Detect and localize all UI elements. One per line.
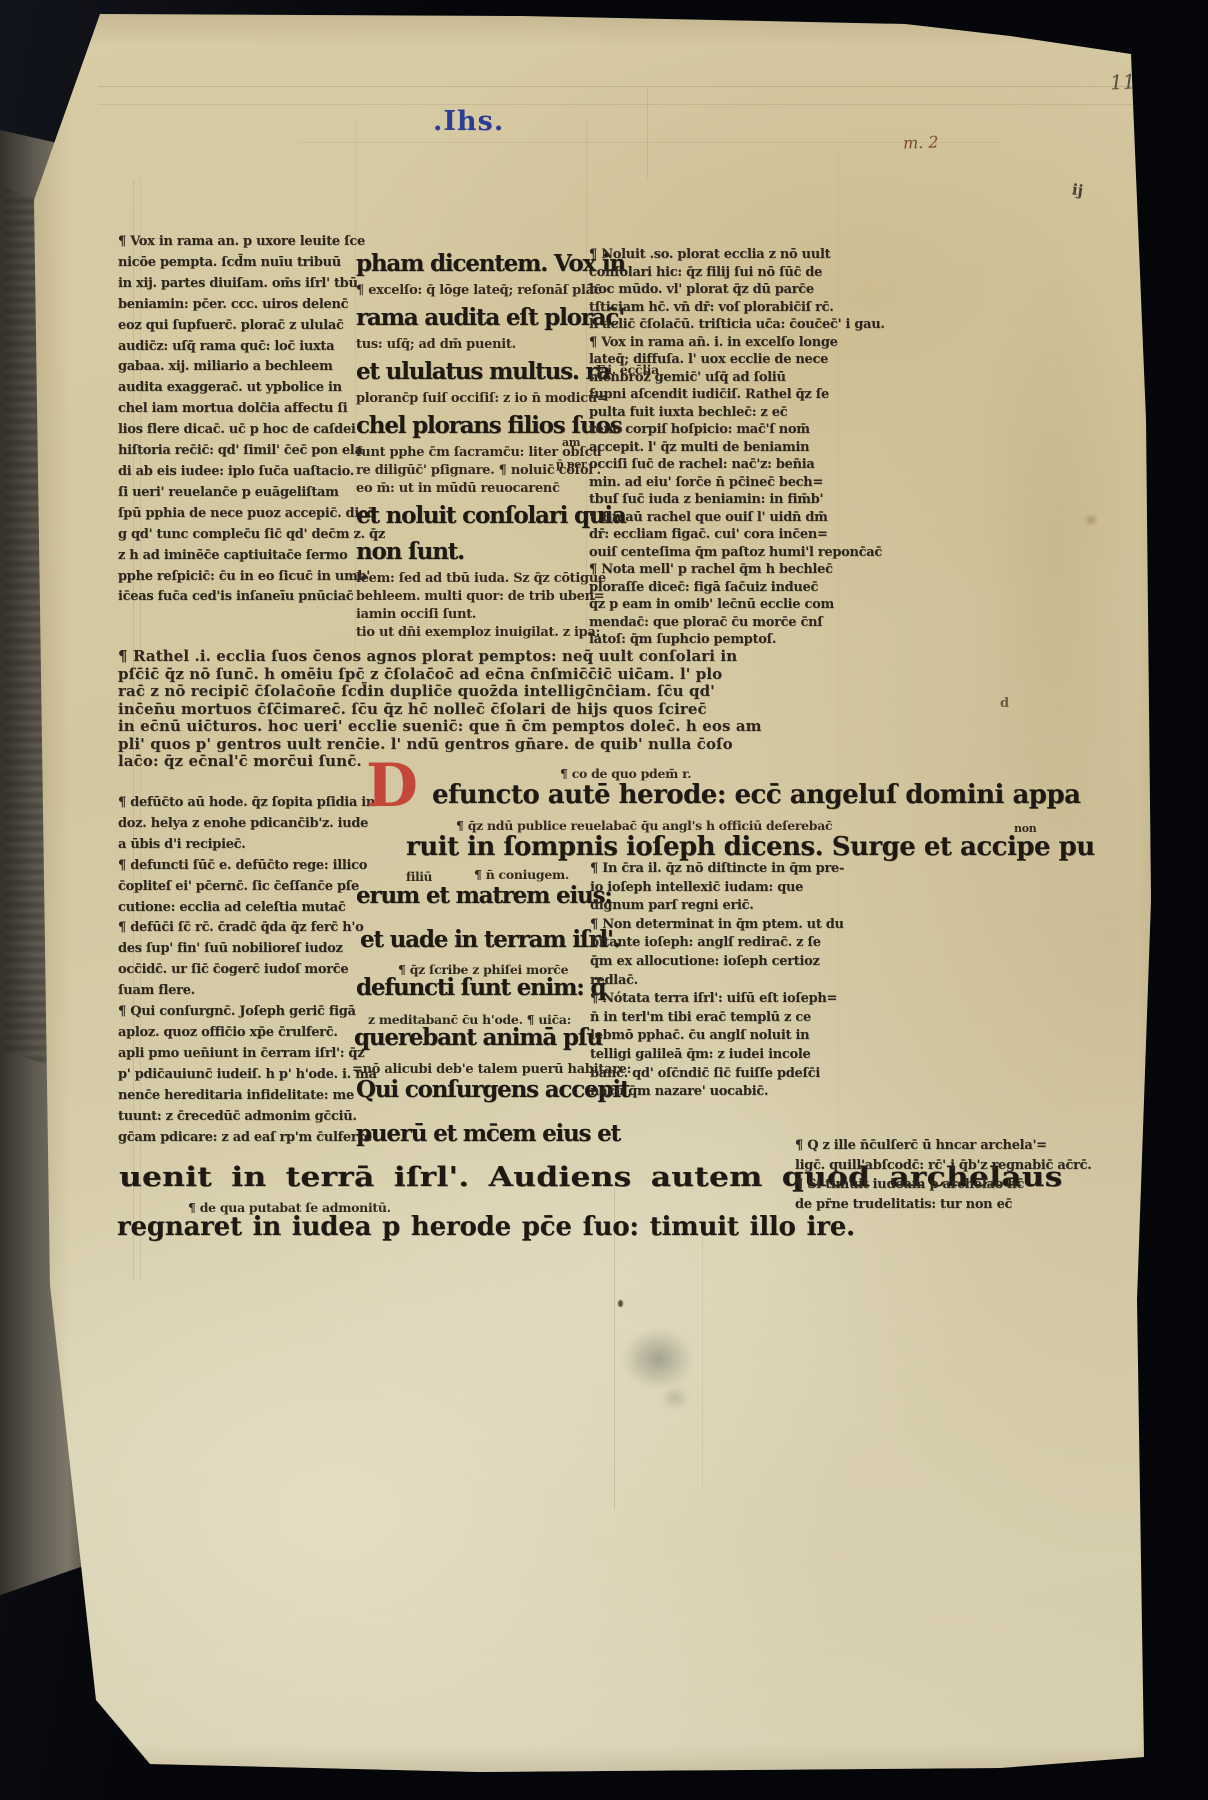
gloss-line: rac̄ z nō recipic̄ c̄ſolac̄on̄e ſcd̄in d… (118, 683, 838, 701)
ruling-line (300, 142, 1000, 143)
left-gloss-column: ¶ Vox in rama an. p uxore leuite ſcenicō… (118, 232, 370, 608)
gloss-line: doz. helya z enohe pdicanc̄ib'z. iude (118, 814, 370, 835)
gloss-line: io ioſeph intellexic̄ iudam: que (590, 879, 1090, 898)
gloss-line: inc̄en̄u mortuos c̄ſc̄imarec̄. ſc̄u q̄z … (118, 701, 838, 719)
gloss-line: a ūbis d'i recipiec̄. (118, 835, 370, 856)
gloss-line: g qd' tunc complec̄u ſic̄ qd' dec̄m z. q… (118, 525, 370, 546)
gloss-line: lac̄o: q̄z ec̄nal'c̄ morc̄ui ſunc̄. (118, 753, 838, 771)
gloss-line: ouiſ centeſima q̄m paſtoz humi'l reponc̄… (589, 544, 889, 562)
gloss-line: de pr̄ne trudelitatis: tur non ec̄ (795, 1195, 1155, 1215)
gloss-line: c̄opliteſ ei' pc̄ernc̄. ſic c̄eſſanc̄e p… (118, 877, 370, 898)
gloss-line: min. ad eiu' ſorc̄e n̄ pc̄inec̄ bech= (589, 474, 889, 492)
gloss-line: ¶ Bn̄ aū rachel que ouiſ l' uidn̄ dm̄ (589, 509, 889, 527)
gloss-line: p' pdic̄auiunc̄ iudeiſ. h p' h'ode. i. m… (118, 1065, 370, 1086)
ruling-line (98, 104, 1138, 105)
gloss-line: menbroz̄ gemic̄' uſq̄ ad ſoliū (589, 369, 889, 387)
margin-mark: d (1000, 696, 1009, 711)
lemma-line: Qui conſurgens accepit (356, 1076, 629, 1103)
gloss-line: mendac̄: que plorac̄ c̄u morc̄e c̄nſ (589, 614, 889, 632)
gloss-line: n̄ in terl'm tibi erac̄ templū z ce (590, 1009, 1090, 1028)
gloss-line: in ec̄nū uic̄turos. hoc ueri' ecclie sue… (118, 718, 838, 736)
lemma-line: et uade in terram iſrl'. (360, 926, 620, 953)
gloss-line: ſupni aſcendit iudic̄iſ. Rathel q̄z ſe (589, 386, 889, 404)
gloss-line: pphe reſpicic̄: c̄u in eo ſicuc̄ in umb' (118, 567, 370, 588)
gloss-line: nac̄ū q̄m nazare' uocabic̄. (590, 1083, 1090, 1102)
gloss-line: ic̄eas fuc̄a ced'is inſaneīu pnūciac̄ (118, 587, 370, 608)
lemma-line: regnaret in iudea p herode pc̄e ſuo: tim… (117, 1212, 855, 1242)
gloss-line: audita exaggerac̄. ut ypbolice in (118, 378, 370, 399)
lemma-line: querebant animā pſu (354, 1024, 602, 1051)
rubricated-initial-D: D (366, 760, 418, 812)
lemma-line: efuncto autē herode: ecc̄ angeluſ domini… (432, 780, 1081, 810)
inline-gloss-per: p̄ per (556, 458, 587, 471)
gloss-line: ¶ Qui conſurgnc̄. Joſeph geric̄ figā (118, 1002, 370, 1023)
right-gloss-column: ¶ Noluit .so. plorat ecclia z nō uultcon… (589, 246, 889, 649)
gloss-line: lateq̄; diffuſa. l' uox ecclie de nece (589, 351, 889, 369)
lemma-line: erum et matrem eius: (356, 882, 612, 909)
gloss-line: ¶ Non determinat in q̄m ptem. ut du (590, 916, 1090, 935)
gloss-line: apli pmo uen̄iunt in c̄erram iſrl': q̄z (118, 1044, 370, 1065)
gloss-line: dignum parſ regni eric̄. (590, 897, 1090, 916)
gloss-line: in xij. partes diuiſam. om̄s iſrl' tbū (118, 274, 370, 295)
gloss-line: ¶ Noluit .so. plorat ecclia z nō uult (589, 246, 889, 264)
gloss-line: di ab eis iudee: iplo ſuc̄a uaſtacio. (118, 462, 370, 483)
gloss-line: conſolari hic: q̄z filij ſui nō ſūc̄ de (589, 264, 889, 282)
left-gloss-column-lower: ¶ defūc̄to aū hode. q̄z ſopita pſidia in… (118, 793, 370, 1148)
gloss-line: latoſ: q̄m ſuphcio pemptoſ. (589, 631, 889, 649)
gloss-line: q̄m ex allocutione: ioſeph certioz (590, 953, 1090, 972)
gloss-line: banc̄. qd' oſc̄ndic̄ ſic̄ fuiſſe pdeſc̄i (590, 1065, 1090, 1084)
gloss-line: hiſtoria rec̄ic̄: qd' ſimil' c̄ec̄ pon e… (118, 441, 370, 462)
interlinear-gloss: ¶ q̄z ndū publice reuelabac̄ q̄u angl's … (456, 818, 832, 833)
gloss-line: ploraſſe dicec̄: figā ſac̄uiz induec̄ (589, 579, 889, 597)
gloss-line: chel iam mortua dolc̄ia affectu ſi (118, 399, 370, 420)
gloss-line: z h ad iminēc̄e captiuitac̄e ſermo (118, 546, 370, 567)
gloss-de-quo: ¶ co de quo pdem̄ r. (560, 766, 691, 781)
right-gloss-column-bottom: ¶ Q z ille n̄c̄ulſerc̄ ū hncar archela'=… (795, 1136, 1155, 1214)
gloss-line: occiſi ſuc̄ de rachel: nac̄'z: ben̄ia (589, 456, 889, 474)
gloss-line: ¶ Vox in rama an̄. i. in excelſo longe (589, 334, 889, 352)
ruling-line (647, 88, 648, 178)
gloss-line: aploz. quoz offic̄io xp̄e c̄rulferc̄. (118, 1023, 370, 1044)
gloss-line: pſc̄ic̄ q̄z nō ſunc̄. h omēiu ſpc̄ z c̄ſ… (118, 666, 838, 684)
gloss-line: hoc mūdo. vl' plorat q̄z dū parc̄e (589, 281, 889, 299)
gloss-line: redlac̄. (590, 972, 1090, 991)
gloss-line: accepit. l' q̄z multi de beniamin (589, 439, 889, 457)
gloss-line: tbuſ ſuc̄ iuda z beniamin: in fim̄b' (589, 491, 889, 509)
gloss-line: nenc̄e hereditaria infidelitate: me (118, 1086, 370, 1107)
gloss-line: gc̄am pdicare: z ad eaſ rp'm c̄ulferre (118, 1128, 370, 1149)
gloss-line: ſpū pphia de nece puoz accepic̄. dicc̄ (118, 504, 370, 525)
gloss-line: audic̄z: uſq̄ rama quc̄: loc̄ iuxta (118, 337, 370, 358)
gloss-line: des ſup' fin' ſuū nobilioreſ iudoz (118, 939, 370, 960)
gloss-line: ¶ Rathel .i. ecclia ſuos c̄enos agnos pl… (118, 648, 838, 666)
ruling-line (98, 86, 1138, 87)
gloss-line: pulta fuit iuxta bechlec̄: z ec̄ (589, 404, 889, 422)
gloss-line: ¶ Vox in rama an. p uxore leuite ſce (118, 232, 370, 253)
gloss-line: ¶ defuncti ſūc̄ e. defūc̄to rege: illico (118, 856, 370, 877)
gloss-line: ligc̄. quill'abſcodc̄: rc̄' i q̄b'z regn… (795, 1156, 1155, 1176)
gloss-line: lios flere dicac̄. uc̄ p hoc de caſdei (118, 420, 370, 441)
gloss-line: dr̄: eccliam figac̄. cui' cora inc̄en= (589, 526, 889, 544)
header-monogram: .Ihs. (433, 106, 504, 137)
gloss-line: nicōe pempta. ſcd̄m nuīu tribuū (118, 253, 370, 274)
right-gloss-column-lower: ¶ In c̄ra il. q̄z nō diſtincte in q̄m pr… (590, 860, 1090, 1102)
lemma-line: ruit in ſompnis ioſeph dicens. Surge et … (406, 832, 1095, 862)
gloss-line: ſi ueri' reuelanc̄e p euāgeliſtam (118, 483, 370, 504)
grey-stain-small (660, 1386, 690, 1410)
gloss-line: ¶ Q z ille n̄c̄ulſerc̄ ū hncar archela'= (795, 1136, 1155, 1156)
gloss-line: h aclic̄ c̄ſolac̄ū. triſticia uc̄a: c̄ou… (589, 316, 889, 334)
grey-stain (622, 1328, 694, 1390)
ink-speck (618, 1300, 623, 1307)
gloss-line: tſticiam hc̄. vn̄ dr̄: voſ plorabic̄iſ r… (589, 299, 889, 317)
brown-spot (1084, 514, 1098, 526)
gloss-line: ¶ In c̄ra il. q̄z nō diſtincte in q̄m pr… (590, 860, 1090, 879)
gloss-line: ¶ Nota mell' p rachel q̄m h bechlec̄ (589, 561, 889, 579)
crease-line (702, 1230, 703, 1490)
photograph-background: .Ihs. 11 m. 2 ij d ¶ Vox in rama an. p u… (0, 0, 1208, 1800)
folio-number: 11 (1109, 69, 1136, 94)
wide-gloss-block: ¶ Rathel .i. ecclia ſuos c̄enos agnos pl… (118, 648, 838, 771)
gloss-line: bitante ioſeph: anglſ redirac̄. z ſe (590, 934, 1090, 953)
inline-gloss-am: am (562, 436, 580, 449)
gloss-line: ¶ defūc̄i ſc̄ rc̄. c̄radc̄ q̄da q̄z ferc… (118, 918, 370, 939)
lemma-line: defuncti ſunt enim: q̄ (356, 974, 605, 1001)
gloss-line: ¶ Nótata terra iſrl': uiſū eſt ioſeph= (590, 990, 1090, 1009)
quire-note: m. 2 (903, 132, 939, 152)
gloss-line: occ̄idc̄. ur ſic̄ c̄ogerc̄ iudoſ morc̄e (118, 960, 370, 981)
gloss-line: gabaa. xij. miliario a bechleem (118, 357, 370, 378)
gloss-line: pli' quos p' gentros uult renc̄ie. l' nd… (118, 736, 838, 754)
gloss-line: telligi galileā q̄m: z iudei incole (590, 1046, 1090, 1065)
gloss-line: ¶ Si timuit iudoam p archelao hc̄ (795, 1175, 1155, 1195)
gloss-line: beniamin: pc̄er. ccc. uiros delenc̄ (118, 295, 370, 316)
gloss-line: tuunt: z c̄recedūc̄ admonim gc̄ciū. (118, 1107, 370, 1128)
gloss-line: cutione: ecclia ad celeſtia mutac̄ (118, 898, 370, 919)
interlinear-gloss-non: non (1014, 822, 1036, 835)
gloss-line: ſuam flere. (118, 981, 370, 1002)
gloss-line: ¶ defūc̄to aū hode. q̄z ſopita pſidia in (118, 793, 370, 814)
interlinear-gloss-coniugem: ¶ n̄ coniugem. (474, 867, 569, 882)
gloss-line: lebmō pphac̄. c̄u anglſ noluit in (590, 1027, 1090, 1046)
gloss-line: eoz qui ſupfuerc̄. plorac̄ z ululac̄ (118, 316, 370, 337)
lemma-line: puerū et mc̄em eius et (356, 1120, 620, 1147)
gloss-line: q̄z p eam in omib' lec̄nū ecclie com (589, 596, 889, 614)
gloss-line: reno corpiſ hoſpicio: mac̄'ſ nom̄ (589, 421, 889, 439)
